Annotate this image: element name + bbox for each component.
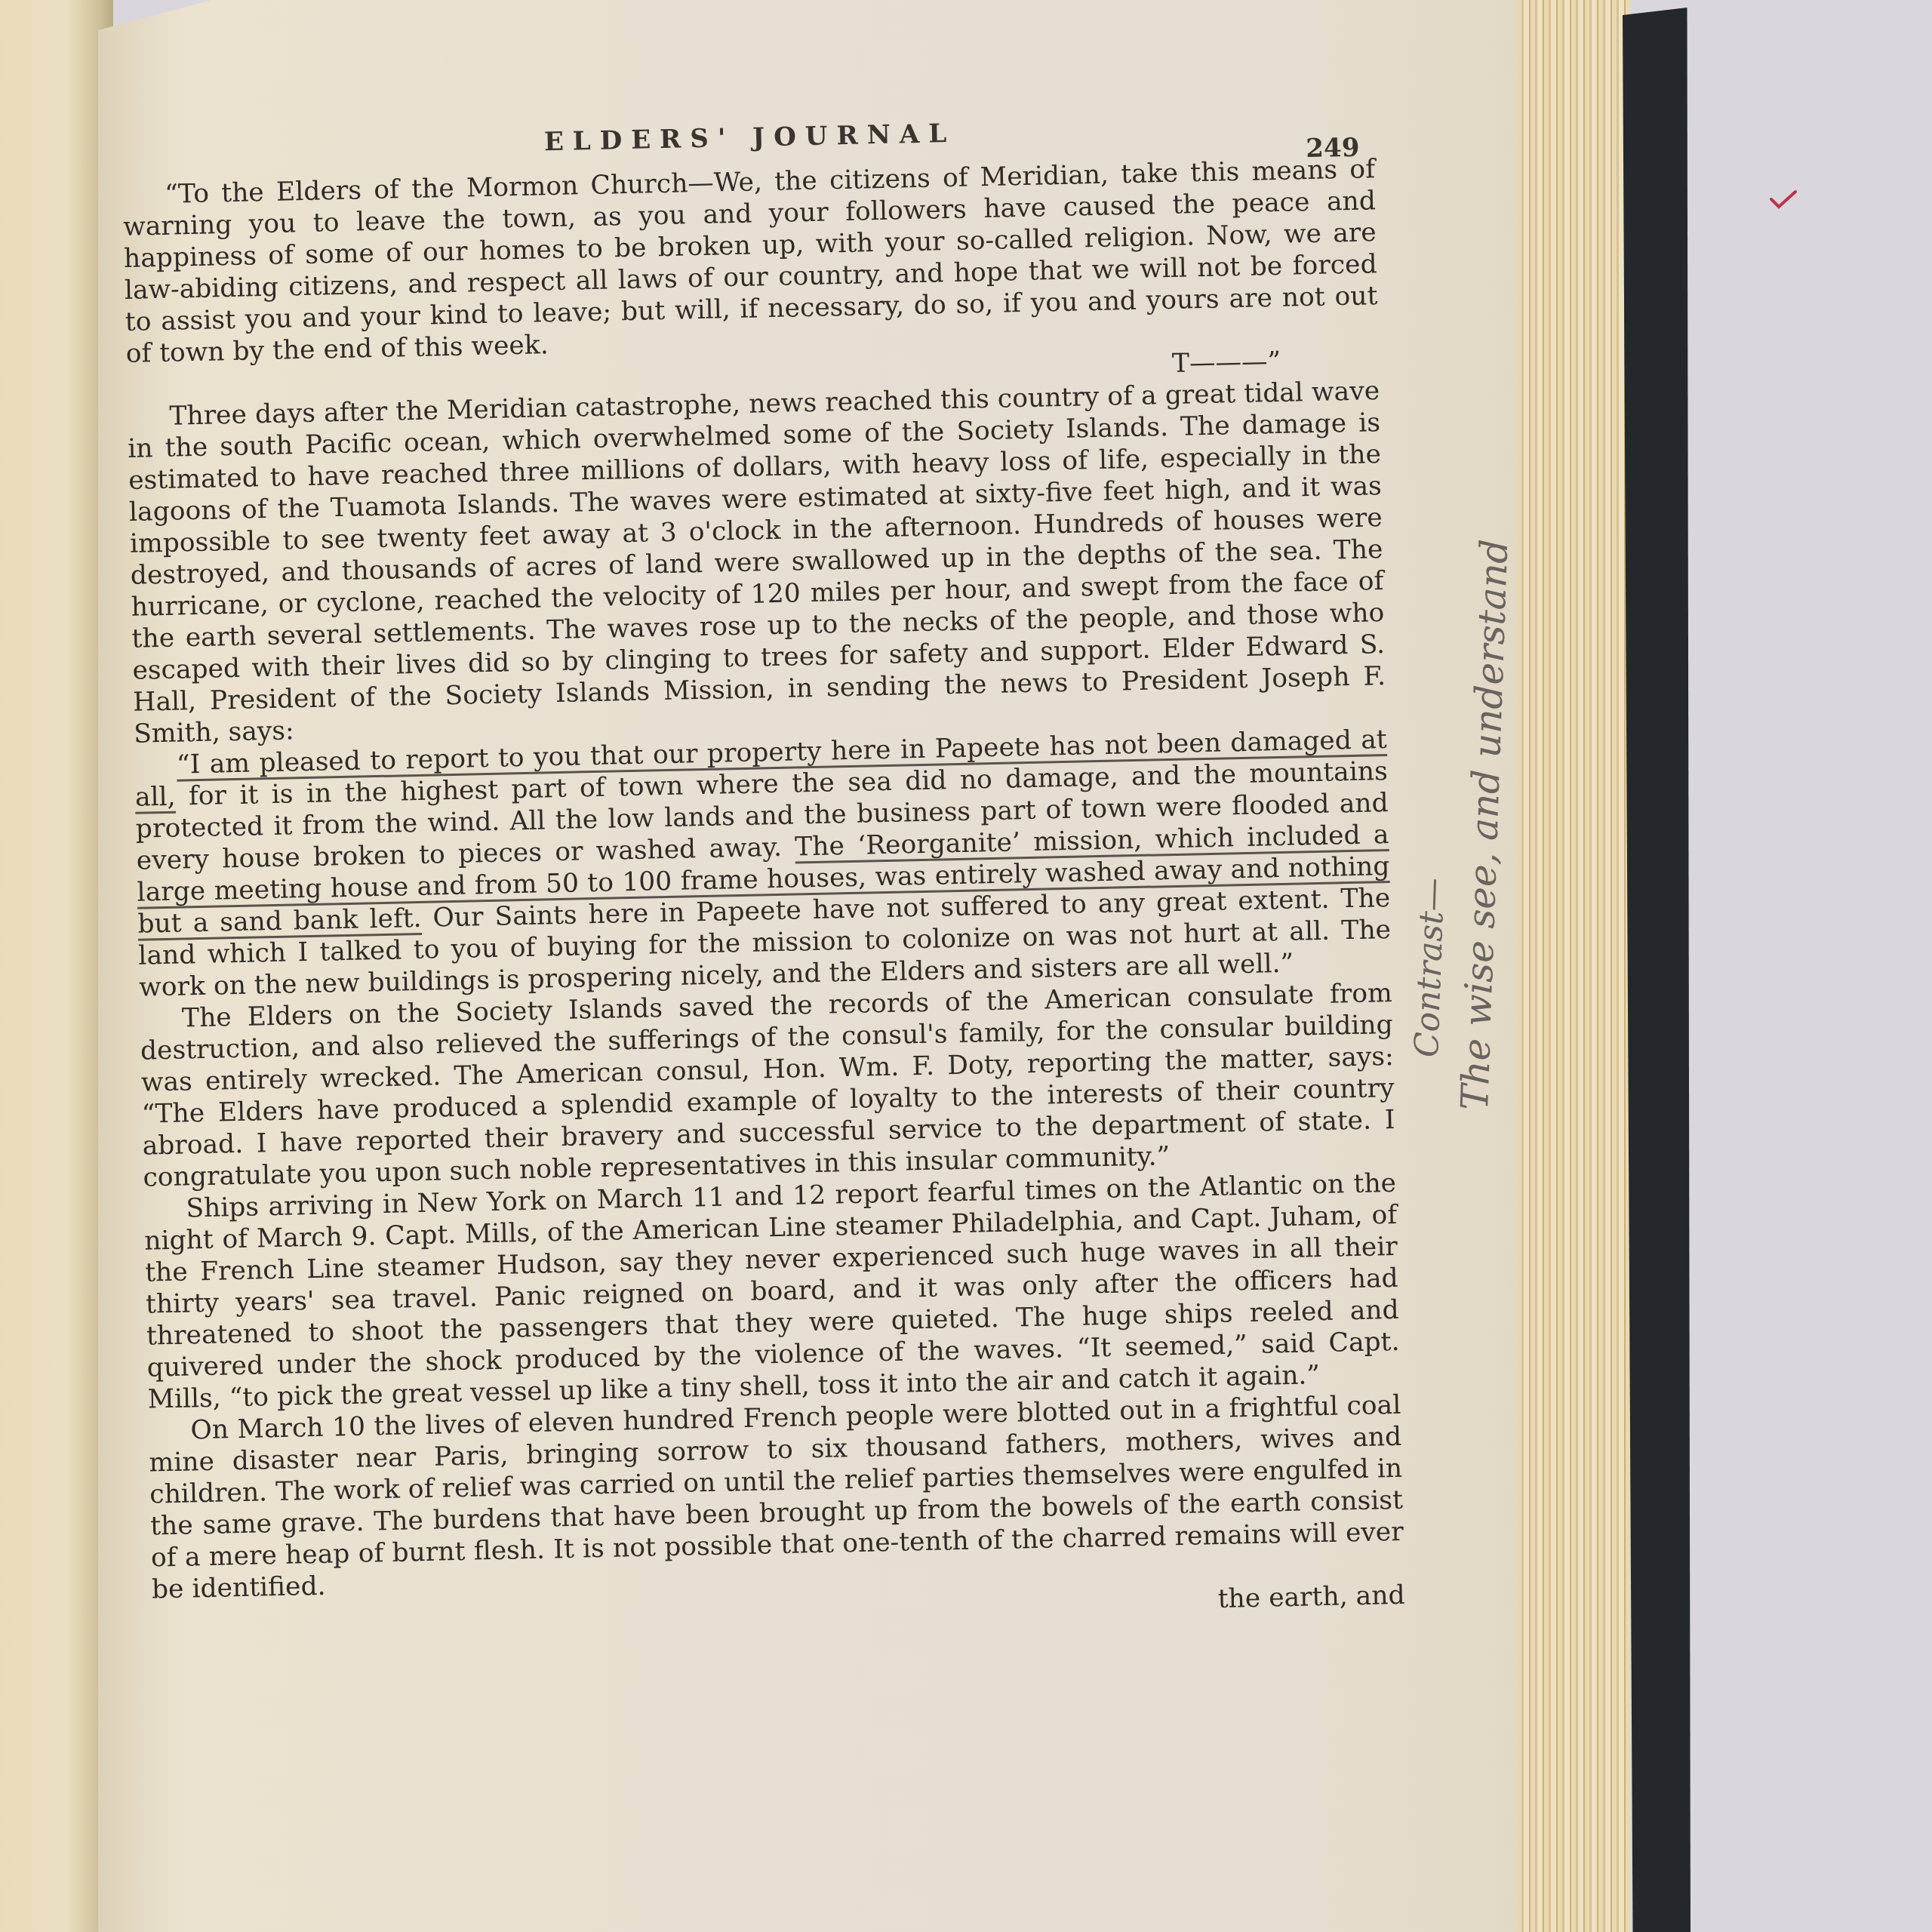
paragraph-coal-mine: On March 10 the lives of eleven hundred … — [148, 1389, 1404, 1606]
page-text: ELDERS' JOURNAL 249 “To the Elders of th… — [121, 87, 1405, 1637]
paragraph-tidal-wave: Three days after the Meridian catastroph… — [127, 375, 1386, 750]
facing-page-edge — [0, 0, 113, 1932]
paragraph-consul: The Elders on the Society Islands saved … — [140, 977, 1396, 1194]
page-fore-edge — [1517, 0, 1630, 1932]
handwritten-margin-note: Contrast— The wise see, and understand — [1392, 468, 1513, 1117]
book-cover-board — [1623, 8, 1690, 1932]
paragraph-text: On March 10 the lives of eleven hundred … — [149, 1390, 1404, 1605]
partial-line-text: the earth, and — [1217, 1580, 1405, 1614]
paragraph-text: The Elders on the Society Islands saved … — [140, 978, 1395, 1193]
paragraph-atlantic-ships: Ships arriving in New York on March 11 a… — [143, 1168, 1401, 1416]
paragraph-hall-report: “I am pleased to report to you that our … — [134, 724, 1392, 1004]
paragraph-text: “To the Elders of the Mormon Church—We, … — [123, 154, 1378, 369]
margin-note-line-2: The wise see, and understand — [1453, 538, 1516, 1111]
check-mark-icon — [1770, 189, 1797, 210]
paragraph-text: Three days after the Meridian catastroph… — [128, 376, 1386, 749]
margin-note-line-1: Contrast— — [1407, 877, 1452, 1057]
paragraph-text: Ships arriving in New York on March 11 a… — [144, 1168, 1400, 1415]
paragraph-warning-letter: “To the Elders of the Mormon Church—We, … — [122, 153, 1380, 401]
